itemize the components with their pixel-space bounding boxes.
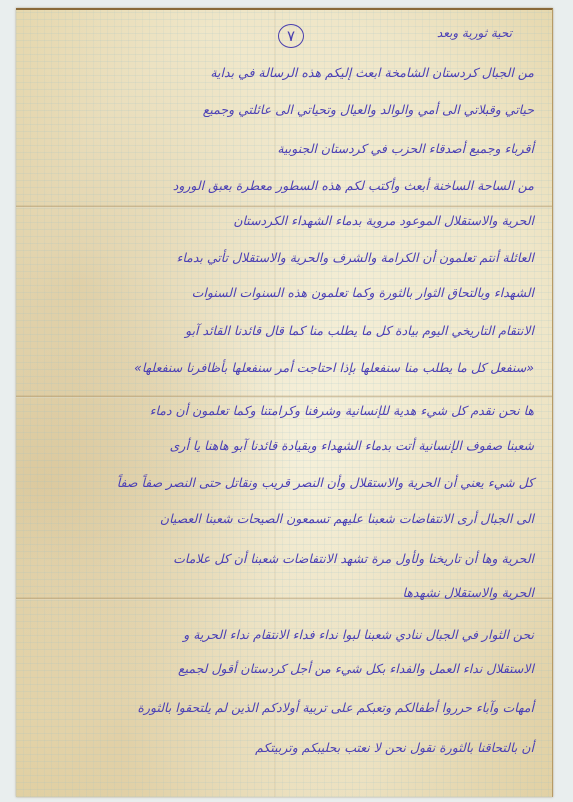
letter-line: الحرية وها أن تاريخنا ولأول مرة تشهد الا… [173,551,534,566]
letter-line: الحرية والاستقلال نشهدها [403,585,534,600]
letter-greeting: تحية ثورية وبعد [437,26,512,40]
letter-line: من الساحة الساخنة أبعث وأكتب لكم هذه الس… [173,178,534,193]
letter-page: ٧ تحية ثورية وبعد من الجبال كردستان الشا… [16,8,553,797]
letter-line: نحن الثوار في الجبال ننادي شعبنا لبوا ند… [183,627,534,642]
letter-line: ها نحن نقدم كل شيء هدية للإنسانية وشرفنا… [150,403,534,418]
letter-line: الشهداء وبالتحاق الثوار بالثورة وكما تعل… [192,285,534,300]
letter-line: أن بالتحاقنا بالثورة نقول نحن لا نعتب بح… [255,740,534,755]
letter-line: الاستقلال نداء العمل والفداء بكل شيء من … [178,661,534,676]
letter-line: حياتي وقبلاتي الى أمي والوالد والعيال وت… [203,102,534,117]
letter-line: شعبنا صفوف الإنسانية أتت بدماء الشهداء و… [170,438,534,453]
letter-line: أقرباء وجميع أصدقاء الحزب في كردستان الج… [277,141,534,156]
letter-line: الحرية والاستقلال الموعود مروية بدماء ال… [233,213,534,228]
letter-line: كل شيء يعني أن الحرية والاستقلال وأن الن… [117,475,534,490]
letter-line: «سنفعل كل ما يطلب منا سنفعلها بإذا احتاج… [134,360,534,375]
letter-line: الى الجبال أرى الانتفاضات شعبنا عليهم تس… [160,511,534,526]
letter-line: من الجبال كردستان الشامخة ابعث إليكم هذه… [210,65,534,80]
fold-crease [16,395,552,398]
letter-line: الانتقام التاريخي اليوم بيادة كل ما يطلب… [185,323,534,338]
letter-line: أمهات وآباء حرروا أطفالكم وتعبكم على ترب… [137,700,534,715]
page-number-circled: ٧ [278,24,304,48]
fold-crease [16,205,552,208]
letter-line: العائلة أنتم تعلمون أن الكرامة والشرف وا… [176,250,534,265]
